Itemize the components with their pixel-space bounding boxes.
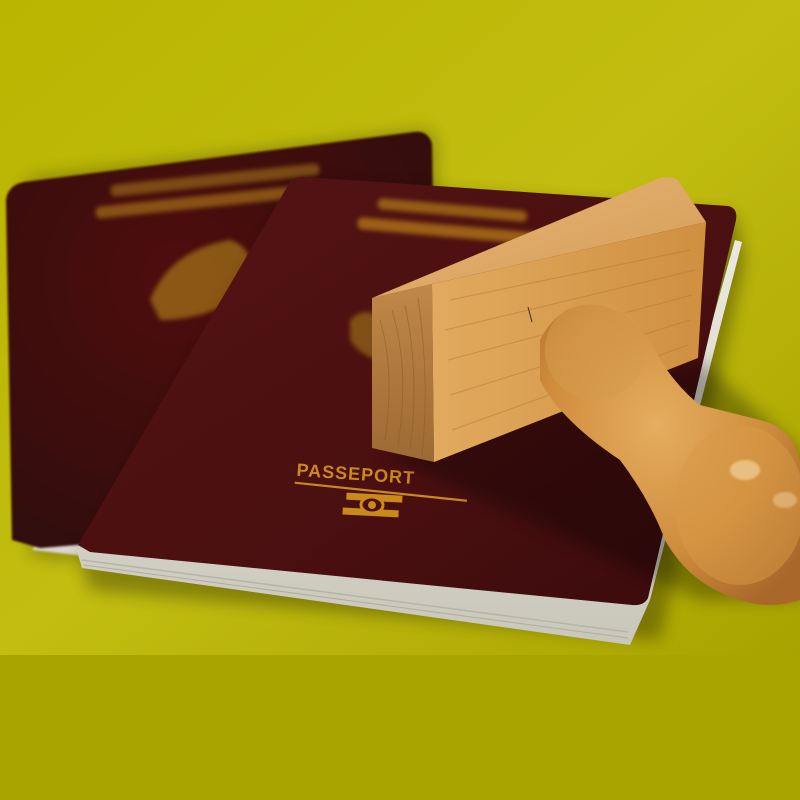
photo-scene: PASSEPORT <box>0 0 800 800</box>
passport-photo: PASSEPORT <box>0 0 800 655</box>
bottom-padding <box>0 655 800 800</box>
photo-canvas: PASSEPORT <box>0 0 800 655</box>
